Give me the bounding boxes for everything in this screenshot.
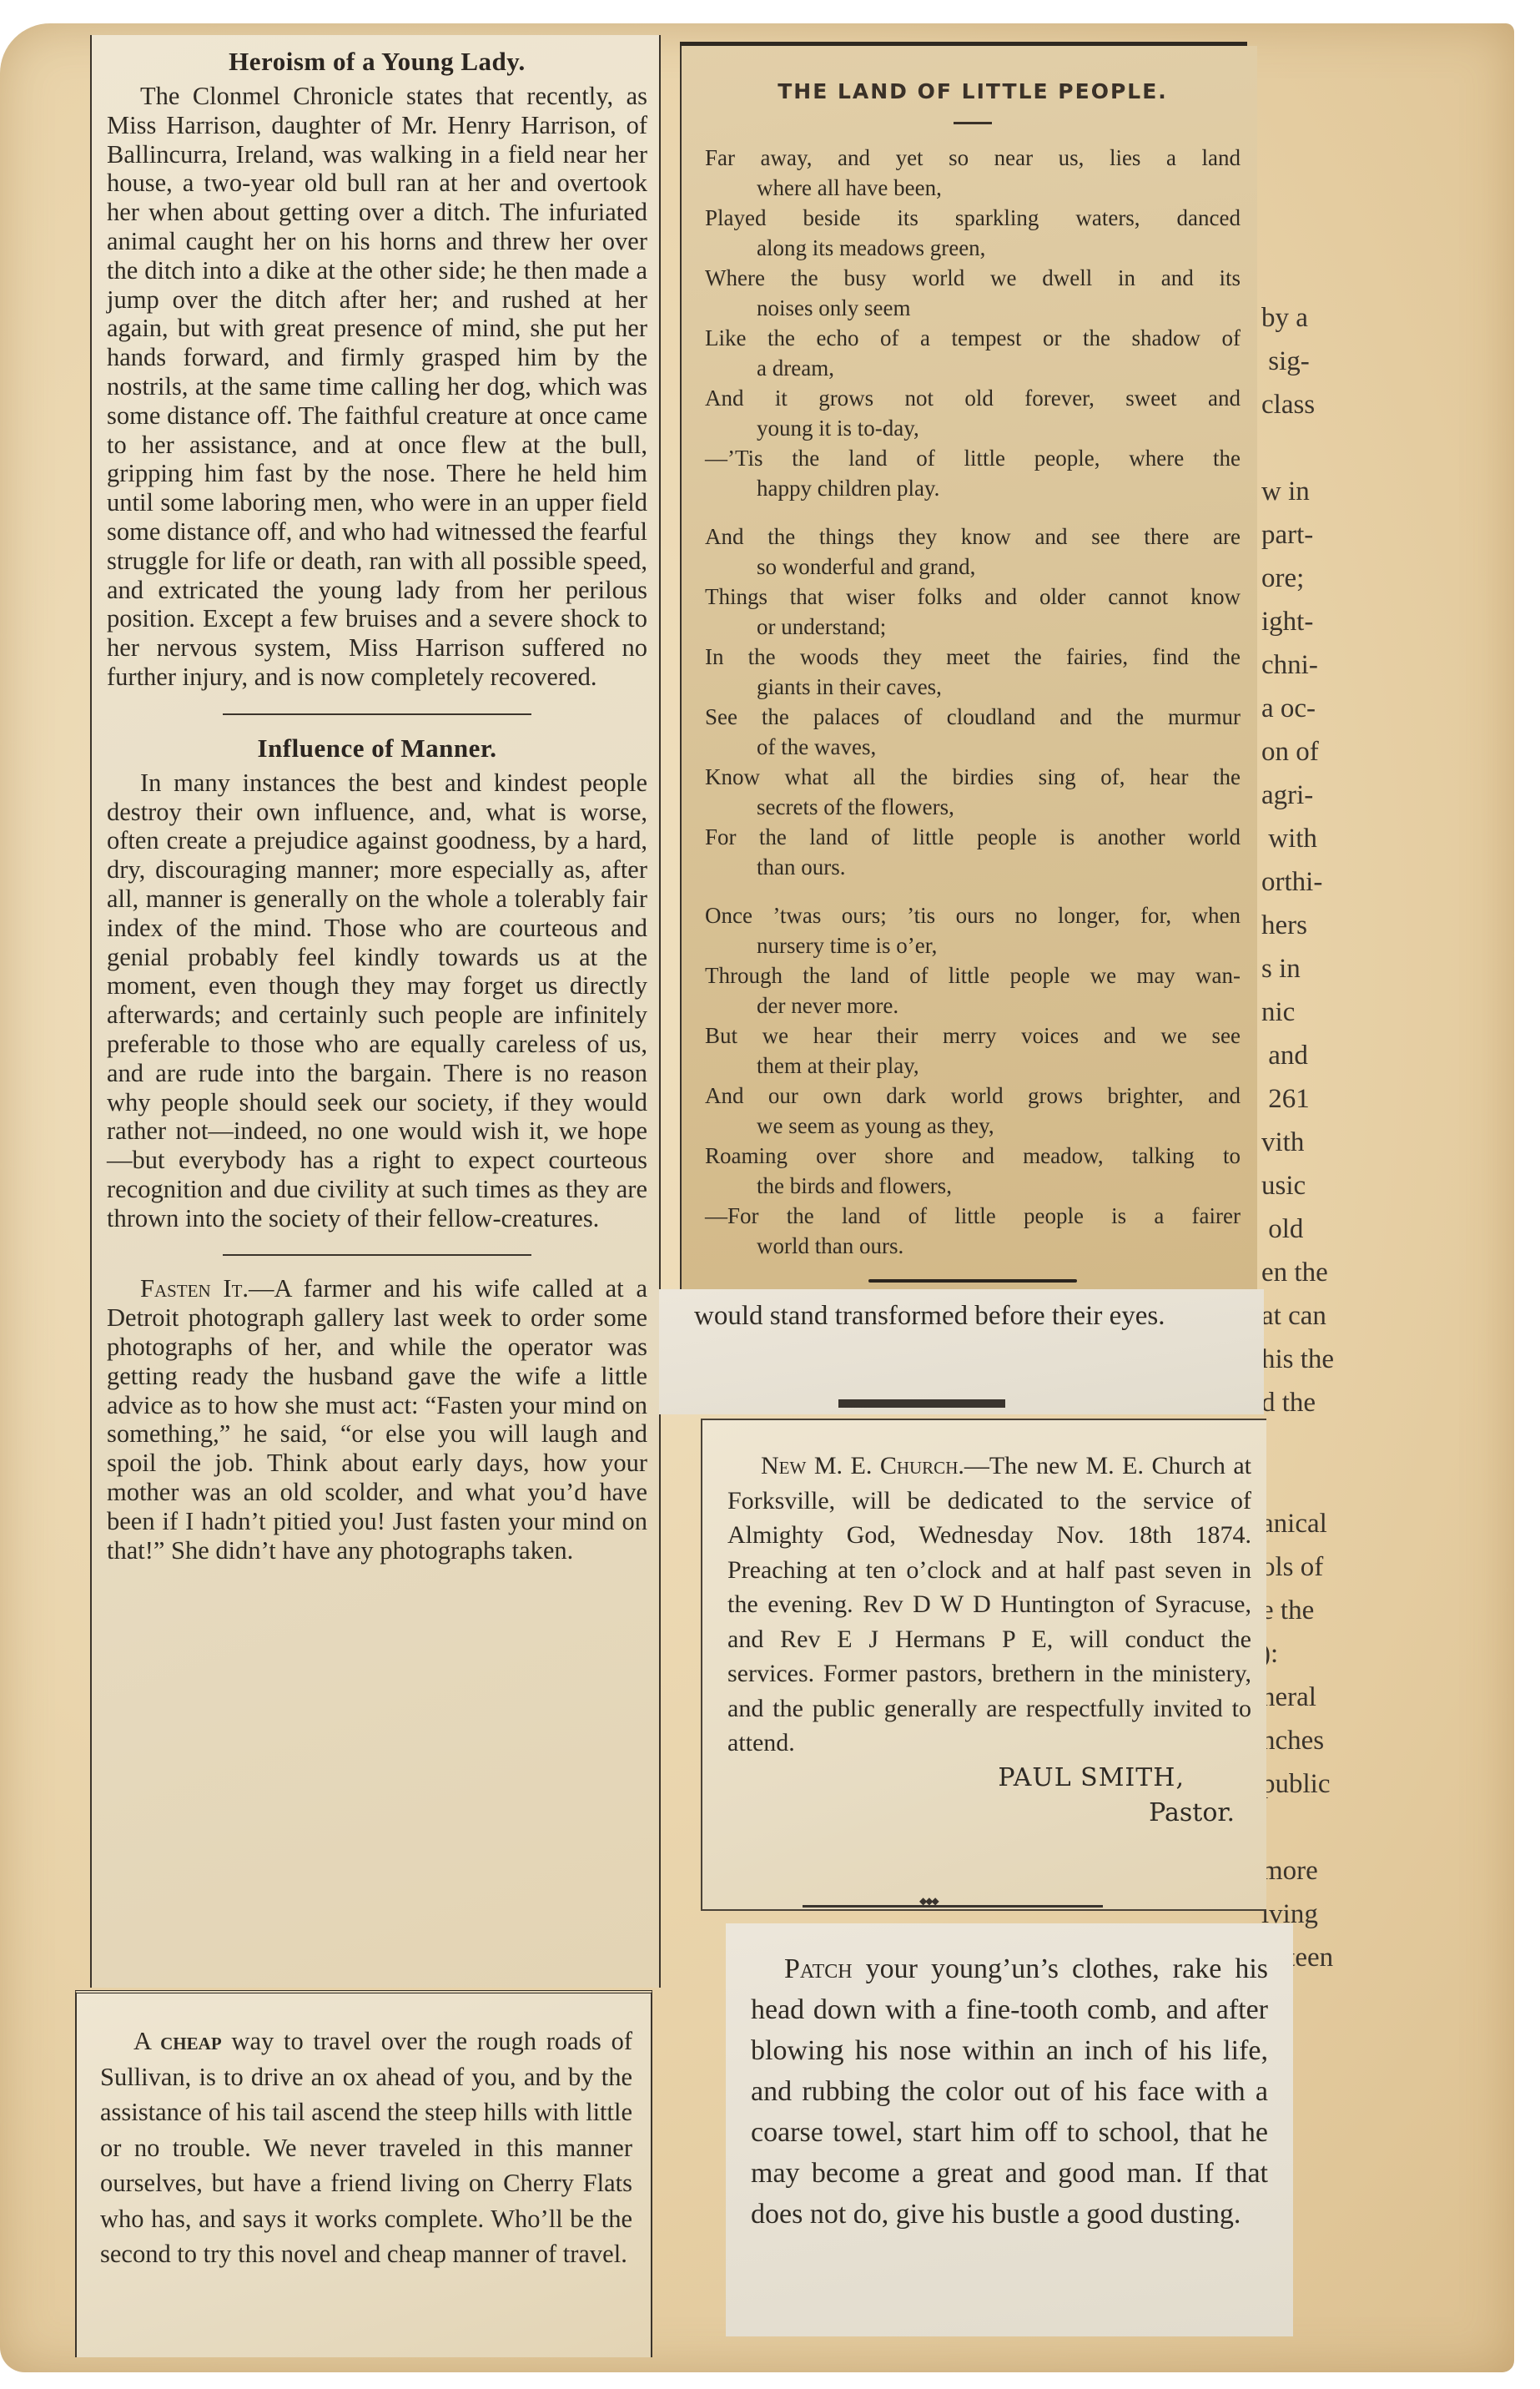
- poem-line: Roaming over shore and meadow, talking t…: [705, 1141, 1241, 1201]
- heading-bar: [838, 1399, 1005, 1408]
- patch-body: Patch your young’un’s clothes, rake his …: [751, 1948, 1268, 2235]
- poem-line: Through the land of little people we may…: [705, 960, 1241, 1021]
- poem-line: And it grows not old forever, sweet andy…: [705, 383, 1241, 443]
- poem-line: Things that wiser folks and older cannot…: [705, 582, 1241, 642]
- underlying-text-fragment-right: by a sig- class w in part- ore; ight- ch…: [1261, 296, 1334, 1424]
- end-rule: [868, 1279, 1077, 1283]
- poem-title: THE LAND OF LITTLE PEOPLE.: [705, 79, 1241, 103]
- poem-line: Once ’twas ours; ’tis ours no longer, fo…: [705, 900, 1241, 960]
- poem-stanza: Far away, and yet so near us, lies a lan…: [705, 143, 1241, 503]
- church-notice-lead: New M. E. Church.: [761, 1452, 964, 1479]
- poem-line: And the things they know and see there a…: [705, 522, 1241, 582]
- clipping-fragment-transformed: would stand transformed before their eye…: [659, 1289, 1264, 1414]
- title-dash: [954, 122, 992, 124]
- fragment-text: would stand transformed before their eye…: [694, 1298, 1247, 1334]
- signature-name: PAUL SMITH,: [727, 1761, 1251, 1796]
- poem-line: In the woods they meet the fairies, find…: [705, 642, 1241, 702]
- poem-line: For the land of little people is another…: [705, 822, 1241, 882]
- church-notice-body: New M. E. Church.—The new M. E. Church a…: [727, 1449, 1251, 1761]
- article-body-heroism: The Clonmel Chronicle states that recent…: [107, 82, 647, 692]
- poem-line: But we hear their merry voices and we se…: [705, 1021, 1241, 1081]
- clipping-cheap-travel: A cheap way to travel over the rough roa…: [75, 1990, 652, 2357]
- cheap-travel-body: A cheap way to travel over the rough roa…: [100, 2024, 632, 2272]
- article-body-manner: In many instances the best and kindest p…: [107, 769, 647, 1233]
- clipping-poem-land-of-little-people: THE LAND OF LITTLE PEOPLE. Far away, and…: [680, 46, 1257, 1306]
- patch-lead: Patch: [784, 1953, 853, 1984]
- poem-line: Far away, and yet so near us, lies a lan…: [705, 143, 1241, 203]
- poem-line: —’Tis the land of little people, where t…: [705, 443, 1241, 503]
- poem-line: Know what all the birdies sing of, hear …: [705, 762, 1241, 822]
- clipping-heroism-manner-fasten: Heroism of a Young Lady. The Clonmel Chr…: [90, 35, 661, 1988]
- article-body-fasten-it: Fasten It.—A farmer and his wife called …: [107, 1274, 647, 1565]
- divider: [223, 1254, 531, 1256]
- article-title-manner: Influence of Manner.: [107, 733, 647, 764]
- poem-line: And our own dark world grows brighter, a…: [705, 1081, 1241, 1141]
- cheap-travel-lead: cheap: [160, 2027, 222, 2055]
- poem-line: —For the land of little people is a fair…: [705, 1201, 1241, 1261]
- clipping-patch-clothes: Patch your young’un’s clothes, rake his …: [726, 1923, 1293, 2336]
- poem-stanzas: Far away, and yet so near us, lies a lan…: [705, 143, 1241, 1261]
- poem-stanza: Once ’twas ours; ’tis ours no longer, fo…: [705, 900, 1241, 1261]
- clipping-church-notice: New M. E. Church.—The new M. E. Church a…: [701, 1419, 1266, 1911]
- divider: [223, 713, 531, 715]
- ornament-divider: [803, 1905, 1103, 1908]
- signature-role: Pastor.: [727, 1796, 1251, 1831]
- poem-line: Like the echo of a tempest or the shadow…: [705, 323, 1241, 383]
- poem-stanza: And the things they know and see there a…: [705, 522, 1241, 882]
- poem-line: Where the busy world we dwell in and its…: [705, 263, 1241, 323]
- poem-line: See the palaces of cloudland and the mur…: [705, 702, 1241, 762]
- article-title-heroism: Heroism of a Young Lady.: [107, 47, 647, 77]
- poem-line: Played beside its sparkling waters, danc…: [705, 203, 1241, 263]
- article-lead-fasten-it: Fasten It.: [140, 1274, 249, 1303]
